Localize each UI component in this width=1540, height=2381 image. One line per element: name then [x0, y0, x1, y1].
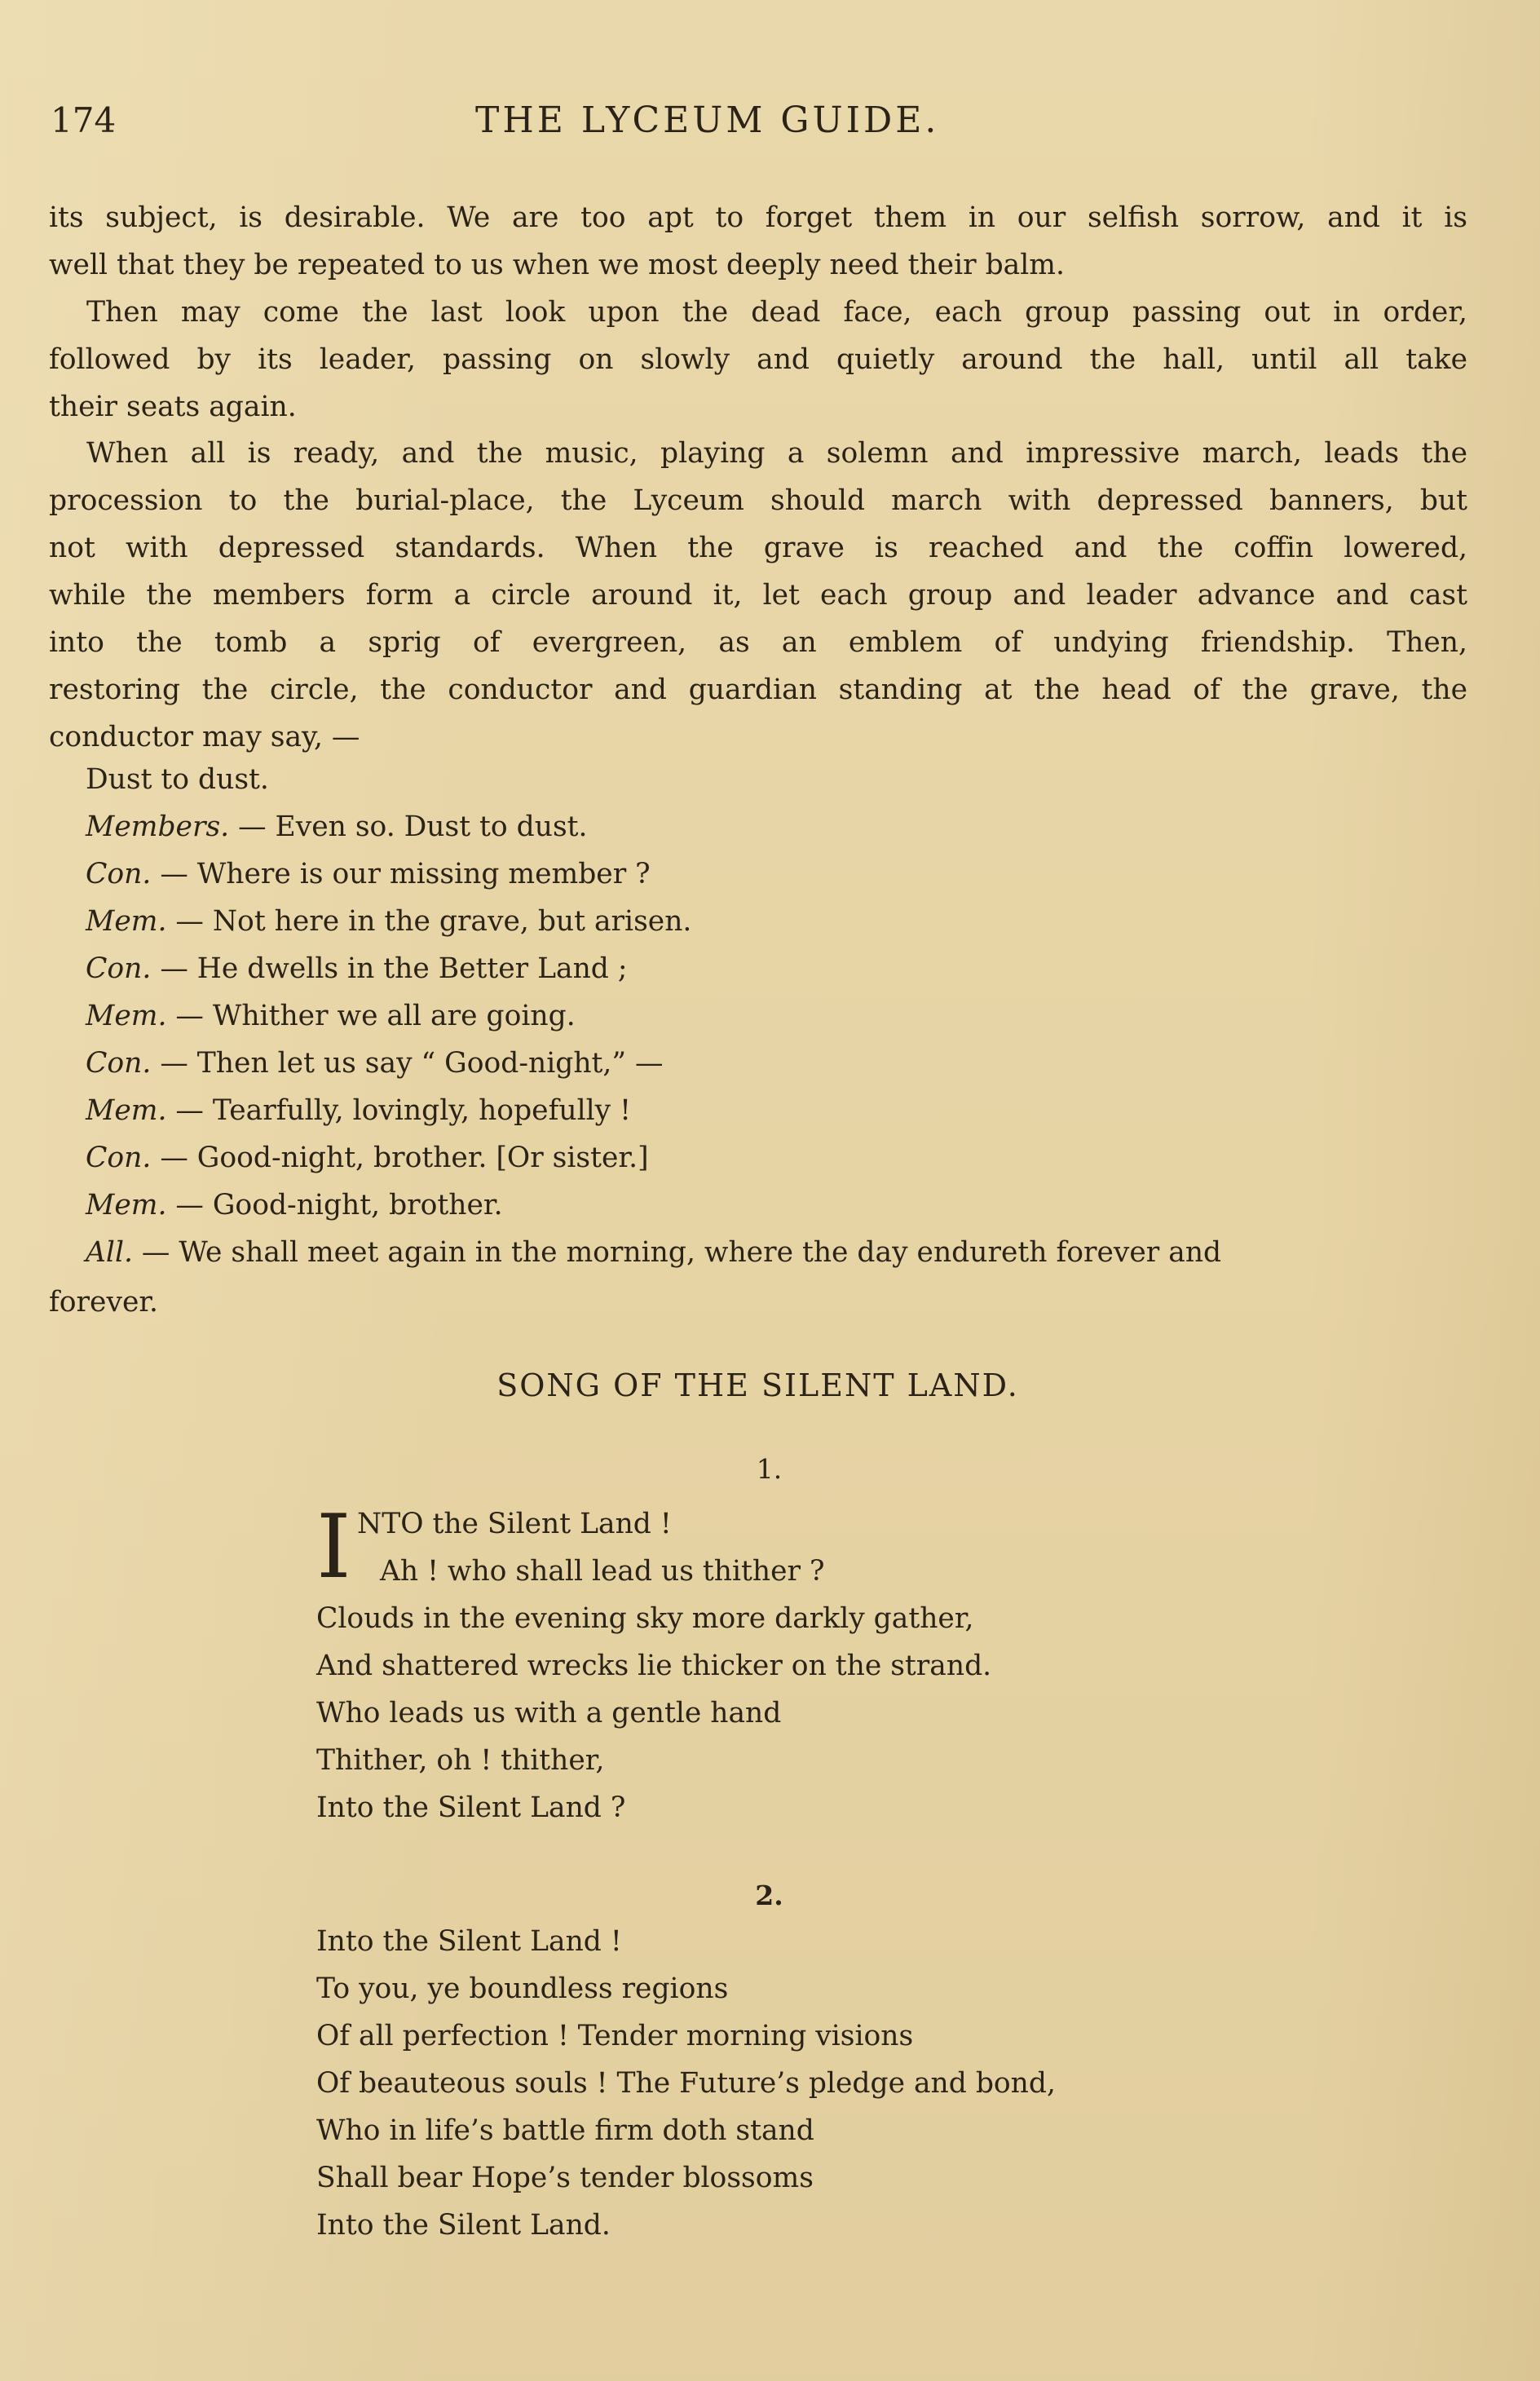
responsive-dialogue: Dust to dust. Members. — Even so. Dust t…: [86, 756, 1467, 1276]
text-line: Then may come the last look upon the dea…: [49, 289, 1467, 336]
dialogue-overflow-line: forever.: [49, 1279, 158, 1326]
speaker-label: Con.: [86, 1047, 151, 1080]
page-number: 174: [51, 96, 116, 145]
verse-line: Ah ! who shall lead us thither ?: [316, 1548, 991, 1595]
dialogue-line: Con. — He dwells in the Better Land ;: [86, 945, 1467, 992]
speaker-label: Members.: [86, 811, 229, 843]
verse-line: Into the Silent Land ?: [316, 1784, 991, 1831]
text-line: into the tomb a sprig of evergreen, as a…: [49, 619, 1467, 666]
speaker-label: Mem.: [86, 1189, 166, 1221]
dialogue-line: Con. — Good-night, brother. [Or sister.]: [86, 1134, 1467, 1182]
dialogue-text: — Not here in the grave, but arisen.: [166, 905, 691, 938]
stanza-number-1: 1.: [0, 1446, 1540, 1493]
text-line: while the members form a circle around i…: [49, 572, 1467, 619]
dialogue-line: Con. — Where is our missing member ?: [86, 850, 1467, 898]
speaker-label: All.: [86, 1236, 133, 1269]
dialogue-text: — We shall meet again in the morning, wh…: [133, 1236, 1221, 1269]
running-title: THE LYCEUM GUIDE.: [475, 96, 939, 145]
verse-line: Into the Silent Land !: [316, 1918, 1056, 1965]
dialogue-text: — Whither we all are going.: [166, 1000, 575, 1032]
stanza-2: Into the Silent Land ! To you, ye boundl…: [316, 1918, 1056, 2249]
speaker-label: Mem.: [86, 1000, 166, 1032]
dialogue-line: Mem. — Good-night, brother.: [86, 1182, 1467, 1229]
verse-line: Thither, oh ! thither,: [316, 1737, 991, 1784]
verse-line: Who in life’s battle firm doth stand: [316, 2107, 1056, 2154]
stanza-number-2: 2.: [0, 1872, 1540, 1919]
dialogue-line: Con. — Then let us say “ Good-night,” —: [86, 1040, 1467, 1087]
dialogue-text: — Even so. Dust to dust.: [229, 811, 587, 843]
text-line: their seats again.: [49, 383, 1467, 431]
dialogue-line: Mem. — Not here in the grave, but arisen…: [86, 898, 1467, 945]
text-line: followed by its leader, passing on slowl…: [49, 336, 1467, 383]
song-title: SONG OF THE SILENT LAND.: [0, 1362, 1540, 1409]
dialogue-text: — Tearfully, lovingly, hopefully !: [166, 1094, 631, 1127]
text-line: its subject, is desirable. We are too ap…: [49, 194, 1467, 241]
paragraph-last-look: Then may come the last look upon the dea…: [49, 289, 1467, 431]
stanza-number-text: 2.: [755, 1880, 783, 1911]
dialogue-text: — He dwells in the Better Land ;: [151, 952, 627, 985]
stanza-1: I NTO the Silent Land ! Ah ! who shall l…: [316, 1500, 991, 1831]
dialogue-line: All. — We shall meet again in the mornin…: [86, 1229, 1467, 1276]
text-line: not with depressed standards. When the g…: [49, 524, 1467, 572]
dialogue-line: Members. — Even so. Dust to dust.: [86, 803, 1467, 850]
verse-line: Of all perfection ! Tender morning visio…: [316, 2012, 1056, 2060]
text-line: When all is ready, and the music, playin…: [49, 430, 1467, 477]
text-line: well that they be repeated to us when we…: [49, 241, 1467, 289]
verse-line: Clouds in the evening sky more darkly ga…: [316, 1595, 991, 1642]
verse-line: Into the Silent Land.: [316, 2202, 1056, 2249]
dialogue-text: — Where is our missing member ?: [151, 858, 650, 890]
stanza-number-text: 1.: [757, 1453, 783, 1485]
speaker-label: Mem.: [86, 1094, 166, 1127]
speaker-label: Con.: [86, 858, 151, 890]
verse-line: Of beauteous souls ! The Future’s pledge…: [316, 2060, 1056, 2107]
paragraph-procession: When all is ready, and the music, playin…: [49, 430, 1467, 761]
verse-line: To you, ye boundless regions: [316, 1965, 1056, 2012]
running-head: 174 THE LYCEUM GUIDE.: [49, 96, 1467, 145]
text-line: conductor may say, —: [49, 713, 1467, 761]
text-line: restoring the circle, the conductor and …: [49, 666, 1467, 713]
dialogue-line: Dust to dust.: [86, 756, 1467, 803]
dialogue-line: Mem. — Whither we all are going.: [86, 992, 1467, 1040]
dialogue-text: — Good-night, brother. [Or sister.]: [151, 1142, 648, 1174]
paragraph-continuation: its subject, is desirable. We are too ap…: [49, 194, 1467, 289]
speaker-label: Con.: [86, 952, 151, 985]
verse-line: Shall bear Hope’s tender blossoms: [316, 2154, 1056, 2202]
verse-line: And shattered wrecks lie thicker on the …: [316, 1642, 991, 1690]
verse-line: NTO the Silent Land !: [316, 1500, 991, 1548]
song-title-text: SONG OF THE SILENT LAND.: [496, 1367, 1019, 1403]
verse-line: Who leads us with a gentle hand: [316, 1690, 991, 1737]
drop-cap: I: [316, 1507, 351, 1588]
speaker-label: Con.: [86, 1142, 151, 1174]
text-line: procession to the burial-place, the Lyce…: [49, 477, 1467, 524]
dialogue-line: Mem. — Tearfully, lovingly, hopefully !: [86, 1087, 1467, 1134]
dialogue-text: — Good-night, brother.: [166, 1189, 502, 1221]
speaker-label: Mem.: [86, 905, 166, 938]
dialogue-text: Dust to dust.: [86, 763, 269, 796]
dialogue-text: — Then let us say “ Good-night,” —: [151, 1047, 663, 1080]
